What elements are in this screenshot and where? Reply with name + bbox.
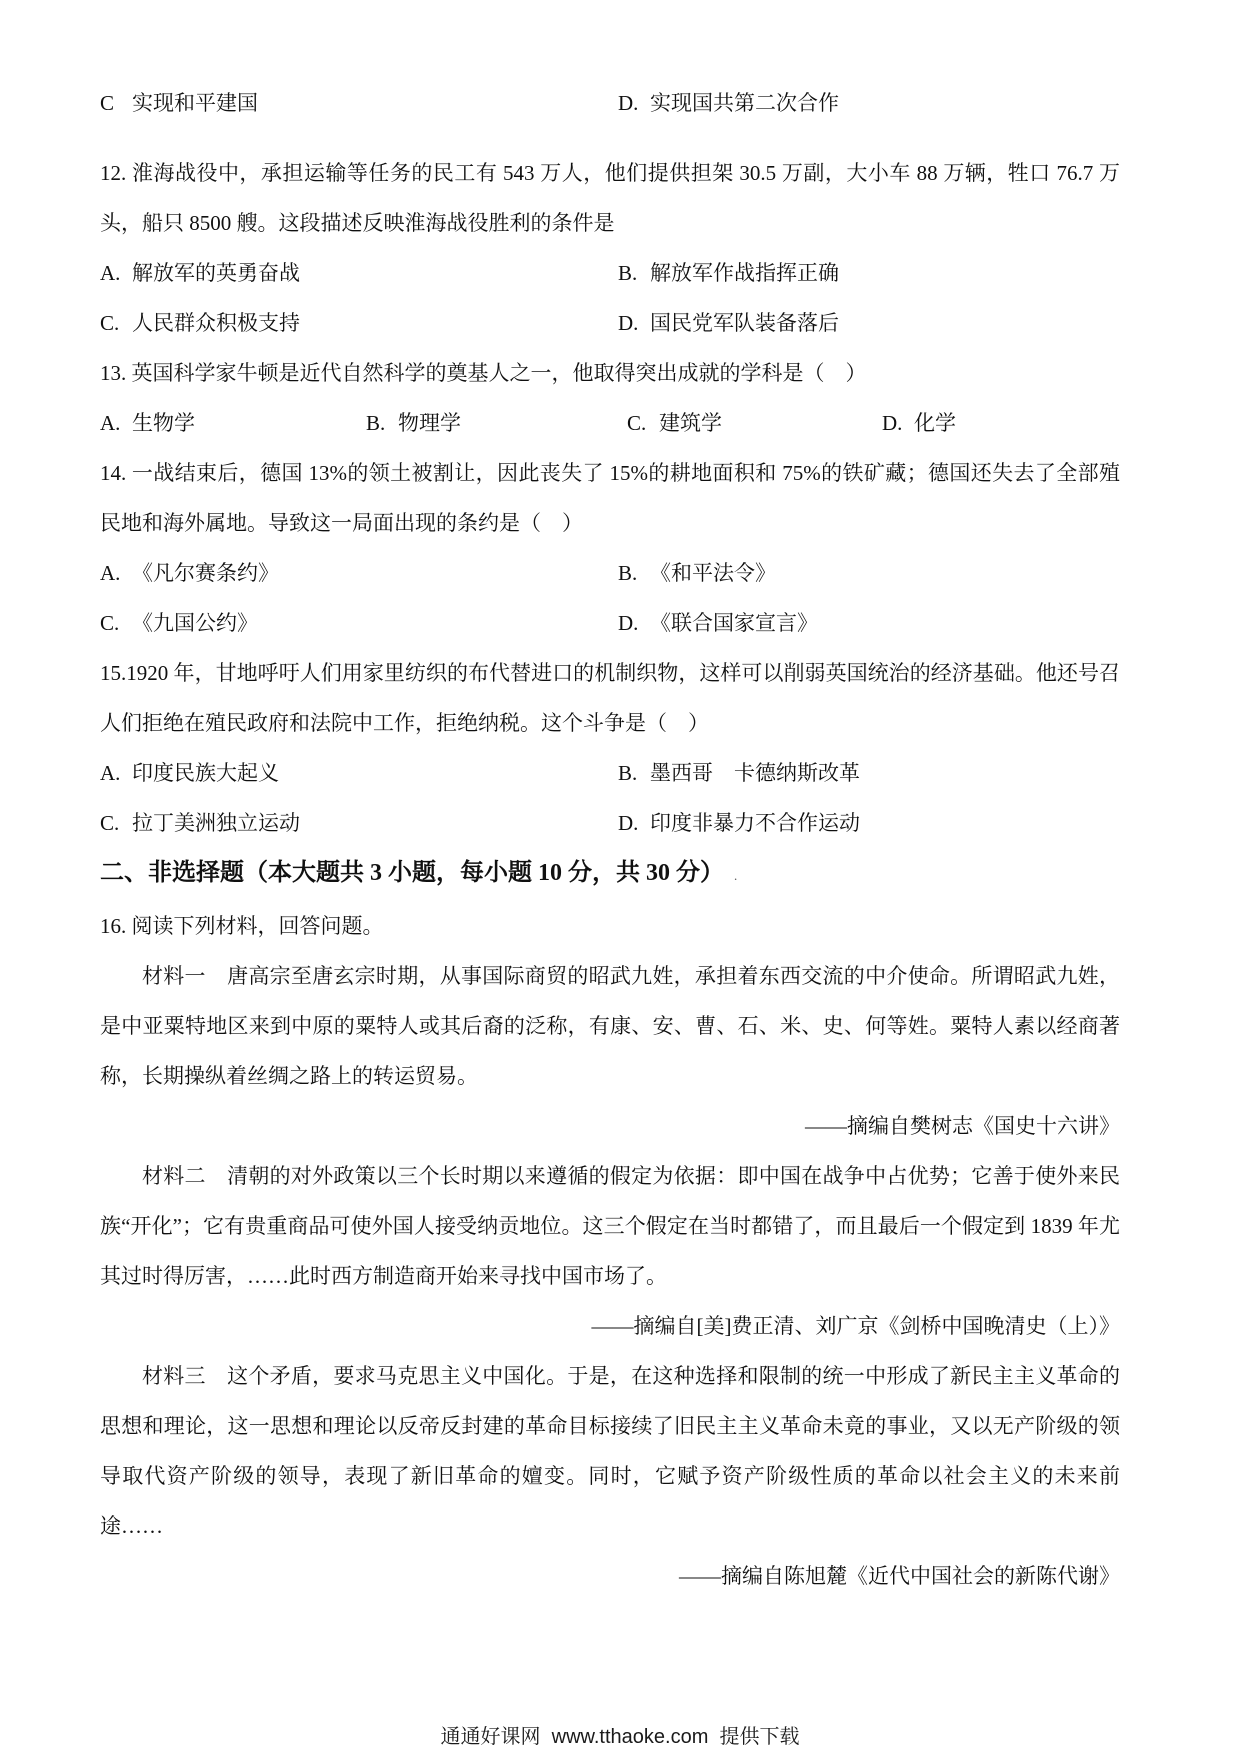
option-text: 建筑学 [659,411,722,435]
option-text: 《九国公约》 [132,611,258,635]
q16-material-2-text: 材料二 清朝的对外政策以三个长时期以来遵循的假定为依据：即中国在战争中占优势；它… [100,1151,1120,1301]
option-label: C. [100,798,132,848]
q14-option-d: D.《联合国家宣言》 [618,598,1120,648]
q13-option-b: B.物理学 [366,398,627,448]
option-label: A. [100,248,132,298]
section-2-title: 二、非选择题（本大题共 3 小题，每小题 10 分，共 30 分） [100,860,724,886]
q15-option-c: C.拉丁美洲独立运动 [100,798,618,848]
option-text: 《联合国家宣言》 [650,611,818,635]
q14-option-c: C.《九国公约》 [100,598,618,648]
q15-option-a: A.印度民族大起义 [100,748,618,798]
option-text: 国民党军队装备落后 [650,311,839,335]
exam-content: C实现和平建国 D.实现国共第二次合作 12. 淮海战役中，承担运输等任务的民工… [100,78,1120,1601]
option-text: 《凡尔赛条约》 [132,561,279,585]
q16-material-1-source: ——摘编自樊树志《国史十六讲》 [100,1101,1120,1151]
q12-options-row-cd: C.人民群众积极支持 D.国民党军队装备落后 [100,298,1120,348]
q11-option-d: D.实现国共第二次合作 [618,78,1120,128]
q15-stem: 15.1920 年，甘地呼吁人们用家里纺织的布代替进口的机制织物，这样可以削弱英… [100,648,1120,748]
option-text: 印度非暴力不合作运动 [650,811,860,835]
q16-material-3-text: 材料三 这个矛盾，要求马克思主义中国化。于是，在这种选择和限制的统一中形成了新民… [100,1351,1120,1551]
q15-options-row-ab: A.印度民族大起义 B.墨西哥 卡德纳斯改革 [100,748,1120,798]
q15-option-d: D.印度非暴力不合作运动 [618,798,1120,848]
q14-options-row-ab: A.《凡尔赛条约》 B.《和平法令》 [100,548,1120,598]
option-text: 化学 [914,411,956,435]
q15-options-row-cd: C.拉丁美洲独立运动 D.印度非暴力不合作运动 [100,798,1120,848]
q16-material-3-source: ——摘编自陈旭麓《近代中国社会的新陈代谢》 [100,1551,1120,1601]
q12-option-d: D.国民党军队装备落后 [618,298,1120,348]
option-text: 印度民族大起义 [132,761,279,785]
footer-watermark: 通通好课网 www.tthaoke.com 提供下载 [0,1722,1240,1752]
option-label: D. [882,398,914,448]
q13-option-a: A.生物学 [100,398,366,448]
option-label: D. [618,298,650,348]
option-label: D. [618,78,650,128]
option-label: B. [618,248,650,298]
option-text: 实现国共第二次合作 [650,91,839,115]
q13-option-c: C.建筑学 [627,398,882,448]
q12-option-b: B.解放军作战指挥正确 [618,248,1120,298]
option-label: A. [100,748,132,798]
option-text: 人民群众积极支持 [132,311,300,335]
option-label: D. [618,598,650,648]
q14-options-row-cd: C.《九国公约》 D.《联合国家宣言》 [100,598,1120,648]
q16-material-1-text: 材料一 唐高宗至唐玄宗时期，从事国际商贸的昭武九姓，承担着东西交流的中介使命。所… [100,951,1120,1101]
option-text: 拉丁美洲独立运动 [132,811,300,835]
q15-option-b: B.墨西哥 卡德纳斯改革 [618,748,1120,798]
section-2-heading: 二、非选择题（本大题共 3 小题，每小题 10 分，共 30 分）. [100,848,1120,901]
q12-option-c: C.人民群众积极支持 [100,298,618,348]
option-label: B. [618,548,650,598]
section-2-trailing-mark: . [734,868,737,883]
option-text: 生物学 [132,411,195,435]
q12-stem: 12. 淮海战役中，承担运输等任务的民工有 543 万人，他们提供担架 30.5… [100,148,1120,248]
q13-options-row: A.生物学 B.物理学 C.建筑学 D.化学 [100,398,1120,448]
option-text: 《和平法令》 [650,561,776,585]
option-text: 物理学 [398,411,461,435]
q11-options-row: C实现和平建国 D.实现国共第二次合作 [100,78,1120,128]
option-label: C. [100,298,132,348]
q13-option-d: D.化学 [882,398,1120,448]
q13-stem: 13. 英国科学家牛顿是近代自然科学的奠基人之一，他取得突出成就的学科是（ ） [100,348,1120,398]
q14-stem: 14. 一战结束后，德国 13%的领土被割让，因此丧失了 15%的耕地面积和 7… [100,448,1120,548]
option-label: B. [366,398,398,448]
option-label: D. [618,798,650,848]
option-text: 实现和平建国 [132,91,258,115]
option-label: A. [100,548,132,598]
option-label: C [100,78,132,128]
option-label: C. [100,598,132,648]
q16-material-2-source: ——摘编自[美]费正清、刘广京《剑桥中国晚清史（上）》 [100,1301,1120,1351]
option-text: 解放军的英勇奋战 [132,261,300,285]
option-label: B. [618,748,650,798]
option-text: 墨西哥 卡德纳斯改革 [650,761,860,785]
q16-intro: 16. 阅读下列材料，回答问题。 [100,901,1120,951]
q14-option-b: B.《和平法令》 [618,548,1120,598]
q14-option-a: A.《凡尔赛条约》 [100,548,618,598]
exam-page: C实现和平建国 D.实现国共第二次合作 12. 淮海战役中，承担运输等任务的民工… [0,0,1240,1754]
q11-option-c: C实现和平建国 [100,78,618,128]
option-label: C. [627,398,659,448]
q12-option-a: A.解放军的英勇奋战 [100,248,618,298]
option-text: 解放军作战指挥正确 [650,261,839,285]
option-label: A. [100,398,132,448]
q12-options-row-ab: A.解放军的英勇奋战 B.解放军作战指挥正确 [100,248,1120,298]
